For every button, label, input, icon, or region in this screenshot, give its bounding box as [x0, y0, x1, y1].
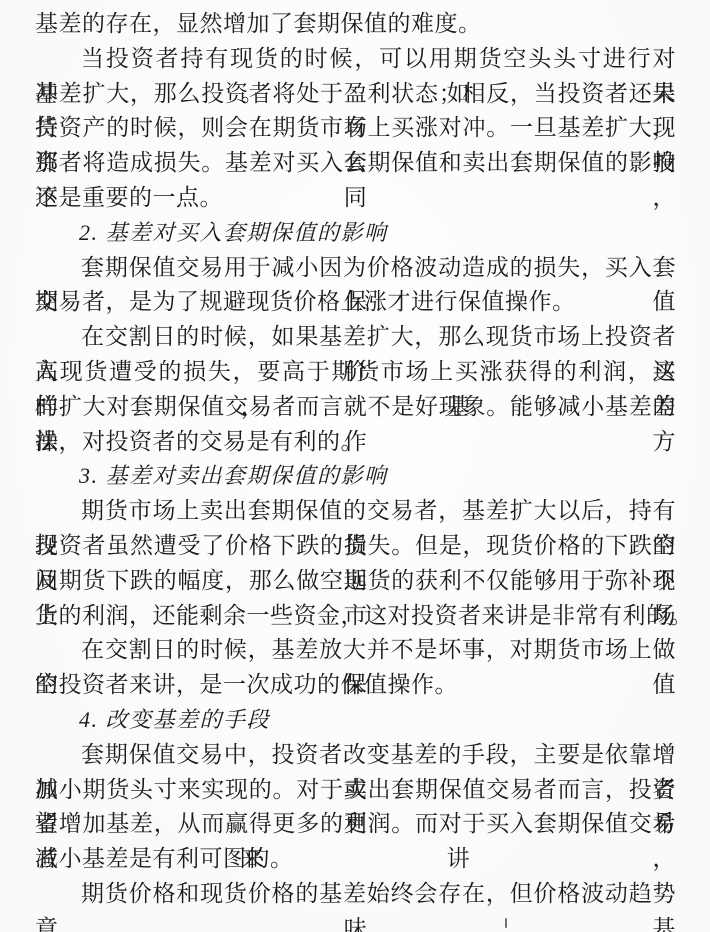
- paragraph-line: 的扩大对套期保值交易者而言就不是好现象。能够减小基差的操作方: [35, 390, 676, 425]
- paragraph-line: 在交割日的时候，基差放大并不是坏事，对期货市场上做空保值: [35, 633, 676, 668]
- paragraph-line: 减小期货头寸来实现的。对于卖出套期保值交易者而言，投资者更希: [35, 773, 676, 808]
- section-heading: 3. 基差对卖出套期保值的影响: [35, 459, 676, 494]
- paragraph-line: 套期保值交易中，投资者改变基差的手段，主要是依靠增加或者: [35, 738, 676, 773]
- paragraph-line: 基差的存在，显然增加了套期保值的难度。: [35, 7, 676, 42]
- paragraph-line: 套期保值交易用于减小因为价格波动造成的损失，买入套期保值: [35, 251, 676, 286]
- paragraph-line: 基差扩大，那么投资者将处于盈利状态；相反，当投资者还未持有现: [35, 77, 676, 112]
- paragraph-line: 在交割日的时候，如果基差扩大，那么现货市场上投资者高价买: [35, 320, 676, 355]
- paragraph-line: 投资者虽然遭受了价格下跌的损失。但是，现货价格的下跌空间远不: [35, 529, 676, 564]
- document-page: 基差的存在，显然增加了套期保值的难度。当投资者持有现货的时候，可以用期货空头头寸…: [0, 0, 710, 932]
- paragraph-line: 及期货下跌的幅度，那么做空期货的获利不仅能够用于弥补现货市场: [35, 564, 676, 599]
- paragraph-line: 入现货遭受的损失，要高于期货市场上买涨获得的利润，这样，基差: [35, 355, 676, 390]
- text-block: 基差的存在，显然增加了套期保值的难度。当投资者持有现货的时候，可以用期货空头头寸…: [35, 7, 676, 912]
- paragraph-line: 资者将造成损失。基差对买入套期保值和卖出套期保值的影响不同，: [35, 146, 676, 181]
- paragraph-line: 上的利润，还能剩余一些资金，这对投资者来讲是非常有利的。: [35, 599, 676, 634]
- paragraph-line: 期货价格和现货价格的基差始终会存在，但价格波动趋势意味基: [35, 877, 676, 912]
- section-heading: 2. 基差对买入套期保值的影响: [35, 216, 676, 251]
- paragraph-line: 望增加基差，从而赢得更多的利润。而对于买入套期保值交易者来讲，: [35, 807, 676, 842]
- section-heading: 4. 改变基差的手段: [35, 703, 676, 738]
- paragraph-line: 货资产的时候，则会在期货市场上买涨对冲。一旦基差扩大，那么投: [35, 111, 676, 146]
- paragraph-line: 期货市场上卖出套期保值的交易者，基差扩大以后，持有现货的: [35, 494, 676, 529]
- page-bottom-mark: [505, 918, 507, 928]
- paragraph-line: 当投资者持有现货的时候，可以用期货空头头寸进行对冲。如果: [35, 42, 676, 77]
